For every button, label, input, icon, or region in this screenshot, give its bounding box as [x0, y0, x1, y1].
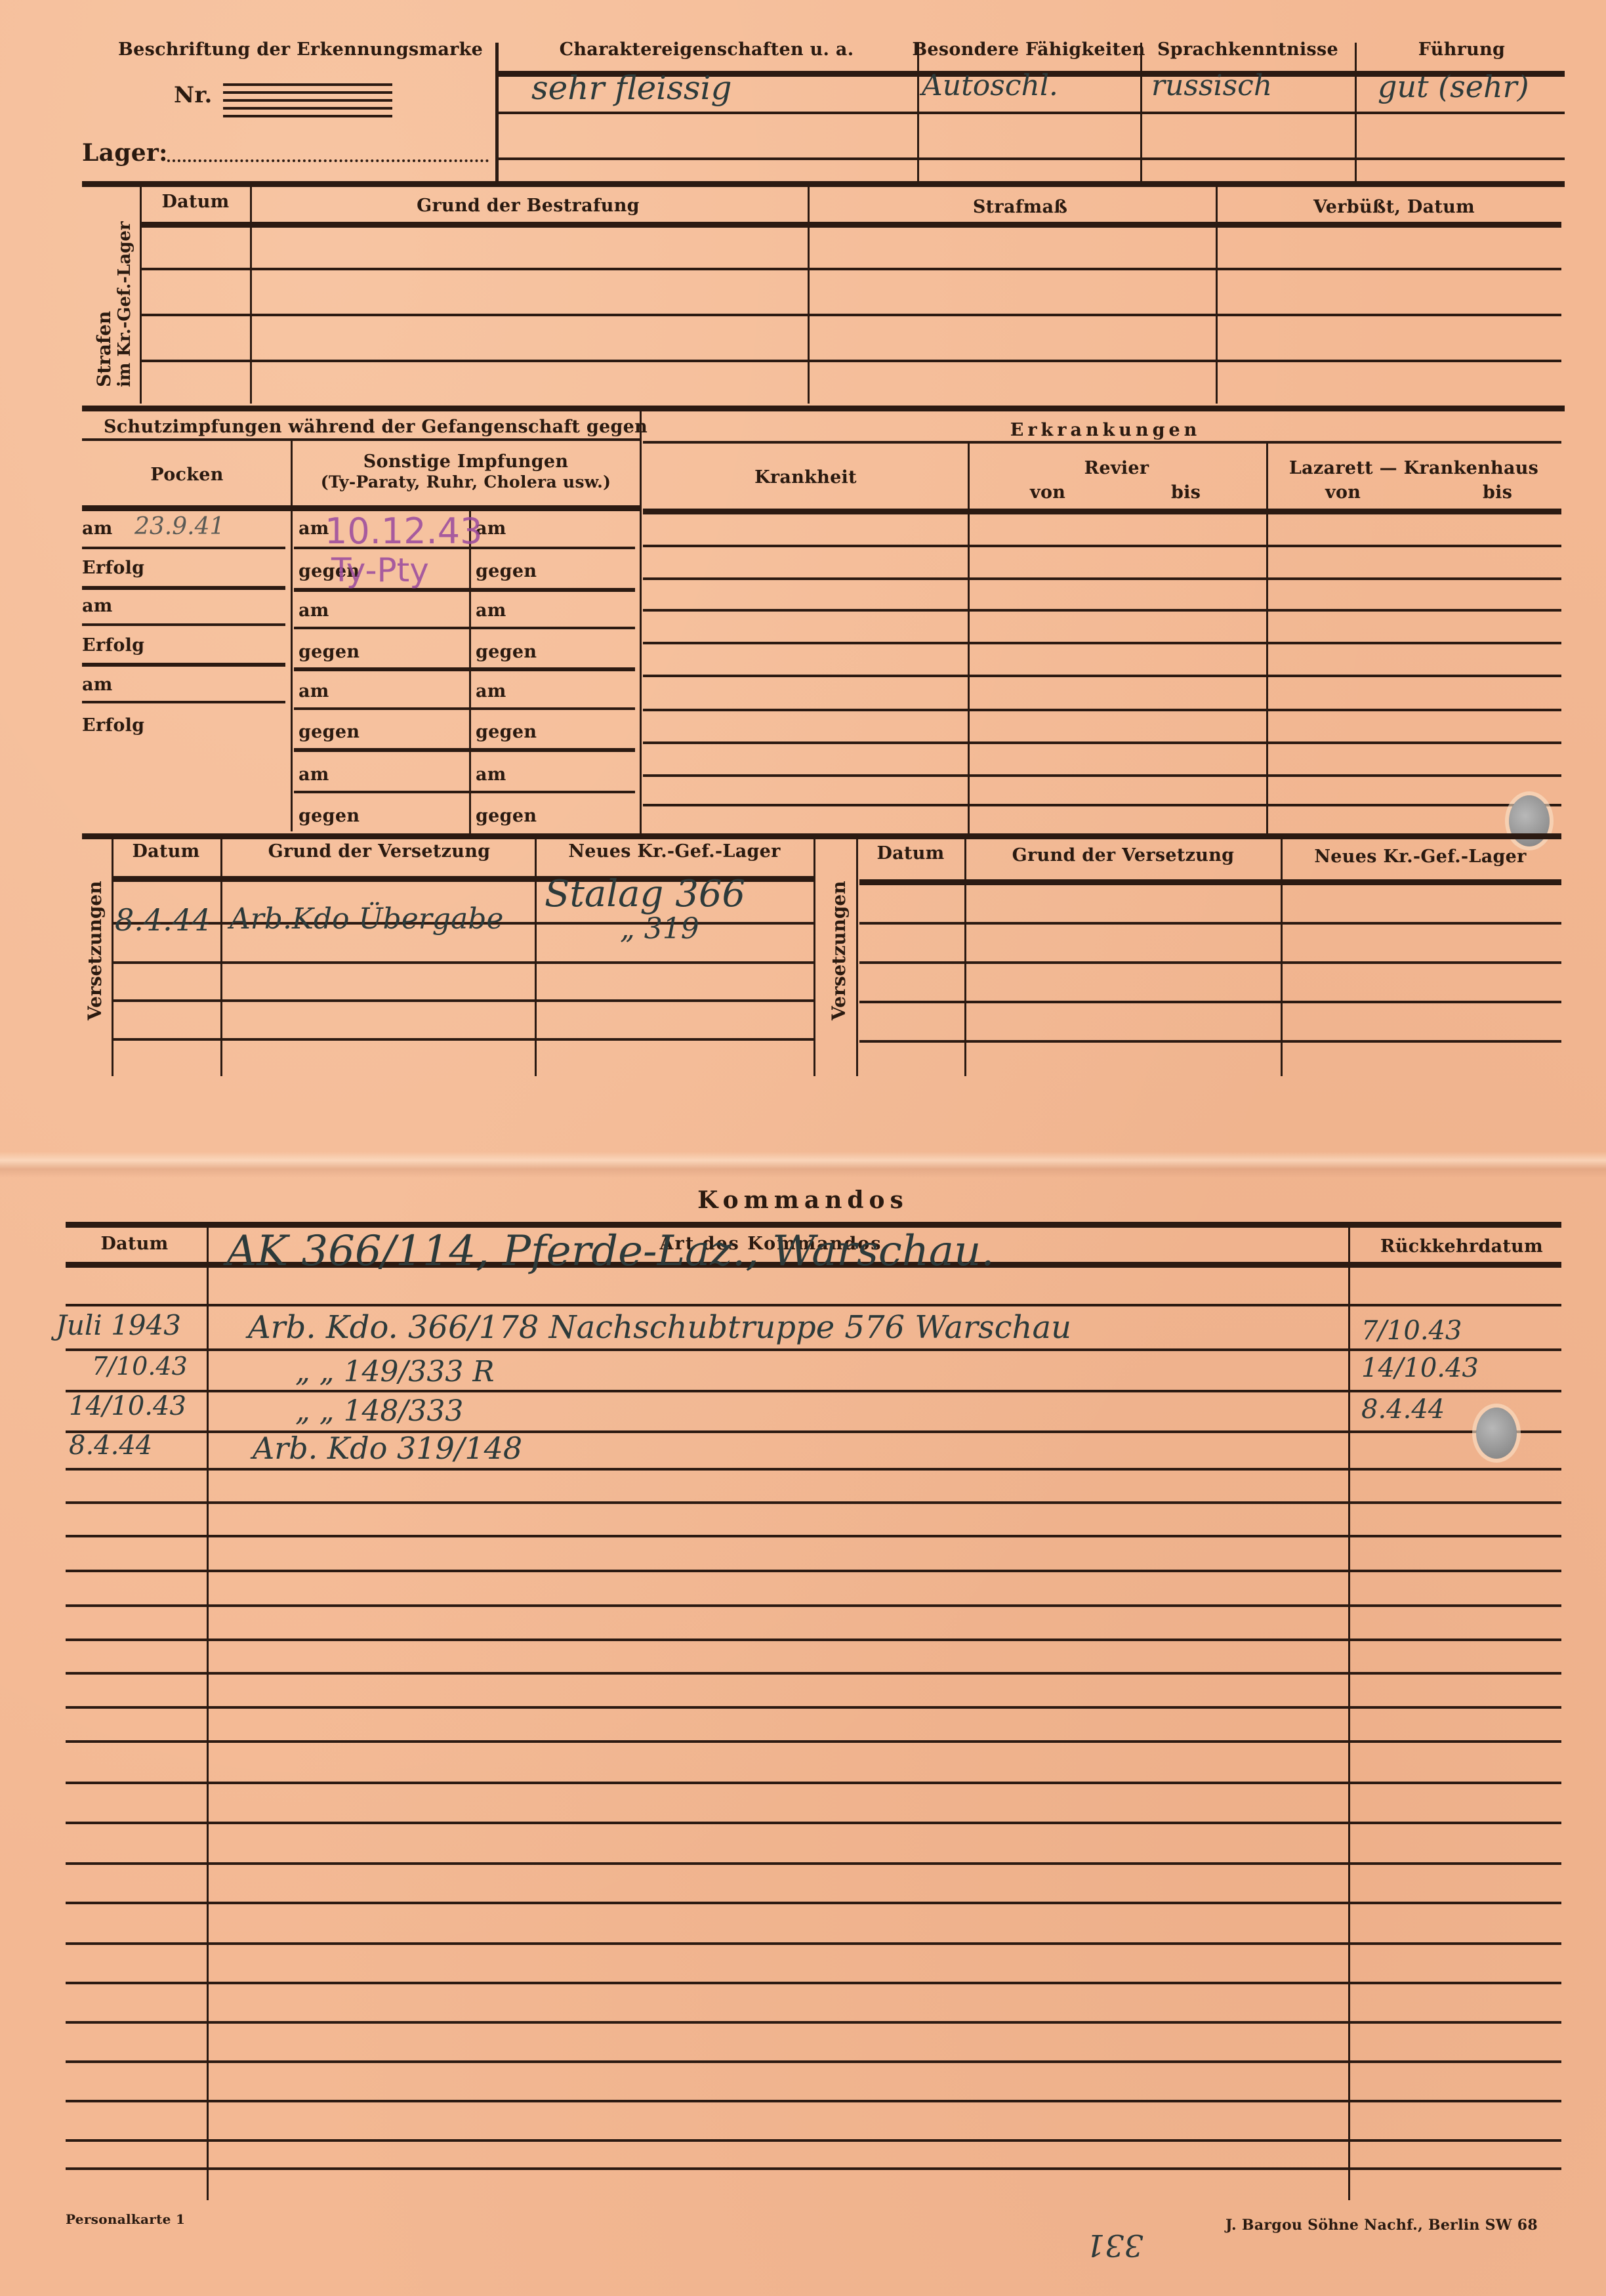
divider — [640, 410, 642, 833]
divider — [856, 837, 858, 1076]
sonstige-am: am — [299, 764, 329, 785]
rule — [82, 663, 285, 667]
rule — [643, 642, 1561, 644]
rule — [66, 1982, 1561, 1984]
rule — [294, 748, 635, 752]
nr-field[interactable] — [223, 83, 392, 123]
vers-col-datum-left: Datum — [132, 841, 199, 862]
sonstige-am: am — [476, 764, 506, 785]
rule — [294, 707, 635, 710]
kommando-art-3[interactable]: „ „ 148/333 — [295, 1394, 463, 1428]
fuehrung-value[interactable]: gut (sehr) — [1378, 69, 1529, 104]
versetzungen-side-label-left: Versetzungen — [84, 881, 106, 1020]
rule — [643, 804, 1561, 806]
vers-col-lager-left: Neues Kr.-Gef.-Lager — [568, 841, 780, 862]
sonstige-subheader: (Ty-Paraty, Ruhr, Cholera usw.) — [321, 472, 611, 491]
divider — [291, 441, 293, 831]
rule — [66, 1390, 1561, 1392]
kommando-art-4[interactable]: Arb. Kdo 319/148 — [253, 1430, 522, 1466]
rule — [66, 2060, 1561, 2063]
strafen-col-grund: Grund der Bestrafung — [417, 196, 640, 216]
kommando-rueckkehr-2[interactable]: 14/10.43 — [1361, 1353, 1479, 1383]
vers-col-grund-left: Grund der Versetzung — [268, 841, 491, 862]
rule — [859, 961, 1561, 964]
divider — [250, 187, 252, 404]
strafen-side-label-2: im Kr.-Gef.-Lager — [115, 221, 134, 387]
kommando-rueckkehr-3[interactable]: 8.4.44 — [1361, 1394, 1445, 1425]
sonstige-gegen: gegen — [476, 806, 537, 826]
document-paper — [0, 0, 1606, 2296]
rule — [66, 1902, 1561, 1904]
divider — [1348, 1226, 1350, 2200]
kommando-datum-4[interactable]: 8.4.44 — [69, 1430, 152, 1461]
pocken-am-1-value[interactable]: 23.9.41 — [134, 513, 224, 540]
faehigkeiten-value[interactable]: Autoschl. — [922, 69, 1058, 102]
strafen-col-verbuesst: Verbüßt, Datum — [1313, 197, 1475, 217]
rule — [643, 741, 1561, 744]
rule — [66, 1672, 1561, 1675]
strafen-side-label: Strafen — [93, 311, 115, 387]
lazarett-von: von — [1325, 482, 1361, 503]
kommandos-overwrite[interactable]: AK 366/114, Pferde-Laz., Warschau. — [226, 1227, 995, 1276]
rule — [82, 623, 285, 626]
rule — [112, 1038, 813, 1041]
pocken-erfolg-3: Erfolg — [82, 715, 144, 736]
rule — [643, 577, 1561, 580]
rule — [643, 509, 1561, 514]
erkennungsmarke-label: Beschriftung der Erkennungsmarke — [118, 39, 483, 60]
divider — [140, 187, 142, 404]
rule — [859, 1040, 1561, 1043]
pocken-am-1: am — [82, 518, 113, 539]
rule — [643, 774, 1561, 777]
rule — [294, 667, 635, 671]
sonstige-am: am — [299, 681, 329, 701]
krankheit-header: Krankheit — [754, 467, 857, 488]
pocken-erfolg-2: Erfolg — [82, 635, 144, 656]
sonstige-gegen: gegen — [299, 722, 360, 742]
rule — [643, 709, 1561, 711]
vaccination-stamp-date: 10.12.43 — [325, 511, 482, 552]
rule — [66, 1570, 1561, 1572]
nr-label: Nr. — [174, 82, 213, 108]
vers-datum-value[interactable]: 8.4.44 — [115, 902, 211, 938]
rule — [66, 1942, 1561, 1945]
sonstige-am: am — [299, 600, 329, 621]
vaccination-stamp-type: Ty-Pty — [331, 551, 429, 589]
printer-imprint: J. Bargou Söhne Nachf., Berlin SW 68 — [1225, 2217, 1538, 2234]
rule — [66, 1604, 1561, 1607]
rule — [66, 1862, 1561, 1865]
pocken-am-2: am — [82, 596, 113, 616]
strafen-col-strafmass: Strafmaß — [973, 197, 1067, 217]
rule — [643, 609, 1561, 612]
erkrankungen-title: Erkrankungen — [1010, 420, 1201, 440]
vers-col-datum-right: Datum — [876, 843, 944, 864]
rule — [82, 586, 285, 590]
rule — [66, 2139, 1561, 2142]
lager-label: Lager: — [82, 139, 168, 167]
divider — [808, 187, 810, 404]
rule — [141, 268, 1561, 270]
sonstige-gegen: gegen — [476, 642, 537, 662]
divider — [207, 1226, 209, 2200]
rule — [499, 112, 1565, 114]
rule — [66, 1822, 1561, 1824]
sonstige-header: Sonstige Impfungen — [363, 451, 569, 472]
vers-grund-value[interactable]: Arb.Kdo Übergabe — [230, 902, 503, 936]
rule — [643, 675, 1561, 677]
rule — [66, 1348, 1561, 1351]
divider — [813, 837, 815, 1076]
kommando-datum-3[interactable]: 14/10.43 — [69, 1391, 186, 1421]
rule — [643, 545, 1561, 547]
rule — [859, 922, 1561, 925]
vers-col-grund-right: Grund der Versetzung — [1012, 845, 1235, 866]
pocken-erfolg-1: Erfolg — [82, 558, 144, 578]
pocken-am-3: am — [82, 675, 113, 695]
sonstige-gegen: gegen — [299, 806, 360, 826]
rule — [82, 833, 1561, 839]
col-faehigkeiten-header: Besondere Fähigkeiten — [912, 39, 1145, 60]
rule — [643, 441, 1561, 444]
form-name: Personalkarte 1 — [66, 2211, 185, 2227]
rule — [66, 2100, 1561, 2102]
punch-hole — [1476, 1408, 1517, 1459]
sonstige-am: am — [476, 681, 506, 701]
rule — [82, 406, 1565, 411]
vers-lager-value-1[interactable]: Stalag 366 — [545, 873, 745, 915]
lazarett-bis: bis — [1483, 482, 1512, 503]
vers-col-lager-right: Neues Kr.-Gef.-Lager — [1314, 846, 1526, 867]
rule — [66, 1304, 1561, 1306]
rule — [66, 1740, 1561, 1743]
rule — [66, 1468, 1561, 1471]
rule — [859, 1001, 1561, 1003]
rule — [66, 2167, 1561, 2170]
rule — [66, 1639, 1561, 1641]
kommando-datum-2[interactable]: 7/10.43 — [92, 1352, 188, 1381]
kommandos-title: Kommandos — [697, 1186, 909, 1214]
pocken-header: Pocken — [150, 465, 223, 485]
kommando-rueckkehr-1[interactable]: 7/10.43 — [1361, 1316, 1462, 1346]
sprachen-value[interactable]: russisch — [1151, 69, 1272, 102]
rule — [294, 791, 635, 793]
lazarett-header: Lazarett — Krankenhaus — [1289, 458, 1538, 478]
rule — [141, 314, 1561, 316]
versetzungen-side-label-right: Versetzungen — [828, 881, 850, 1020]
rule — [112, 999, 813, 1002]
sonstige-gegen: gegen — [476, 561, 537, 581]
rule — [66, 1706, 1561, 1709]
rule — [66, 1782, 1561, 1784]
sonstige-am: am — [476, 600, 506, 621]
rule — [66, 1501, 1561, 1504]
kommando-art-2[interactable]: „ „ 149/333 R — [295, 1355, 494, 1388]
revier-header: Revier — [1084, 458, 1149, 478]
rule — [141, 360, 1561, 362]
rule — [82, 438, 640, 441]
page-mark: 331 — [1086, 2228, 1143, 2263]
kommando-datum-1[interactable]: Juli 1943 — [56, 1309, 181, 1341]
divider — [1216, 187, 1218, 404]
rule — [66, 2021, 1561, 2024]
impfungen-title: Schutzimpfungen während der Gefangenscha… — [104, 417, 648, 437]
rule — [499, 157, 1565, 160]
rule — [82, 181, 1565, 187]
charakter-value[interactable]: sehr fleissig — [531, 69, 732, 107]
rule — [141, 222, 1561, 228]
rule — [859, 879, 1561, 885]
revier-von: von — [1030, 482, 1065, 503]
rule — [112, 961, 813, 964]
sonstige-gegen: gegen — [476, 722, 537, 742]
rule — [66, 1535, 1561, 1537]
sonstige-gegen: gegen — [299, 642, 360, 662]
col-sprachen-header: Sprachkenntnisse — [1157, 39, 1338, 60]
lager-field[interactable] — [167, 159, 489, 162]
kommandos-col-rueckkehr: Rückkehrdatum — [1380, 1236, 1543, 1257]
rule — [82, 547, 285, 549]
rule — [82, 701, 285, 703]
fold-crease — [0, 1152, 1606, 1178]
kommando-art-1[interactable]: Arb. Kdo. 366/178 Nachschubtruppe 576 Wa… — [248, 1309, 1071, 1346]
strafen-col-datum: Datum — [161, 192, 229, 212]
kommandos-col-datum: Datum — [100, 1234, 168, 1254]
revier-bis: bis — [1171, 482, 1201, 503]
col-charakter-header: Charaktereigenschaften u. a. — [560, 39, 854, 60]
vers-lager-value-2[interactable]: „ 319 — [620, 912, 699, 946]
col-fuehrung-header: Führung — [1418, 39, 1505, 60]
rule — [294, 627, 635, 629]
